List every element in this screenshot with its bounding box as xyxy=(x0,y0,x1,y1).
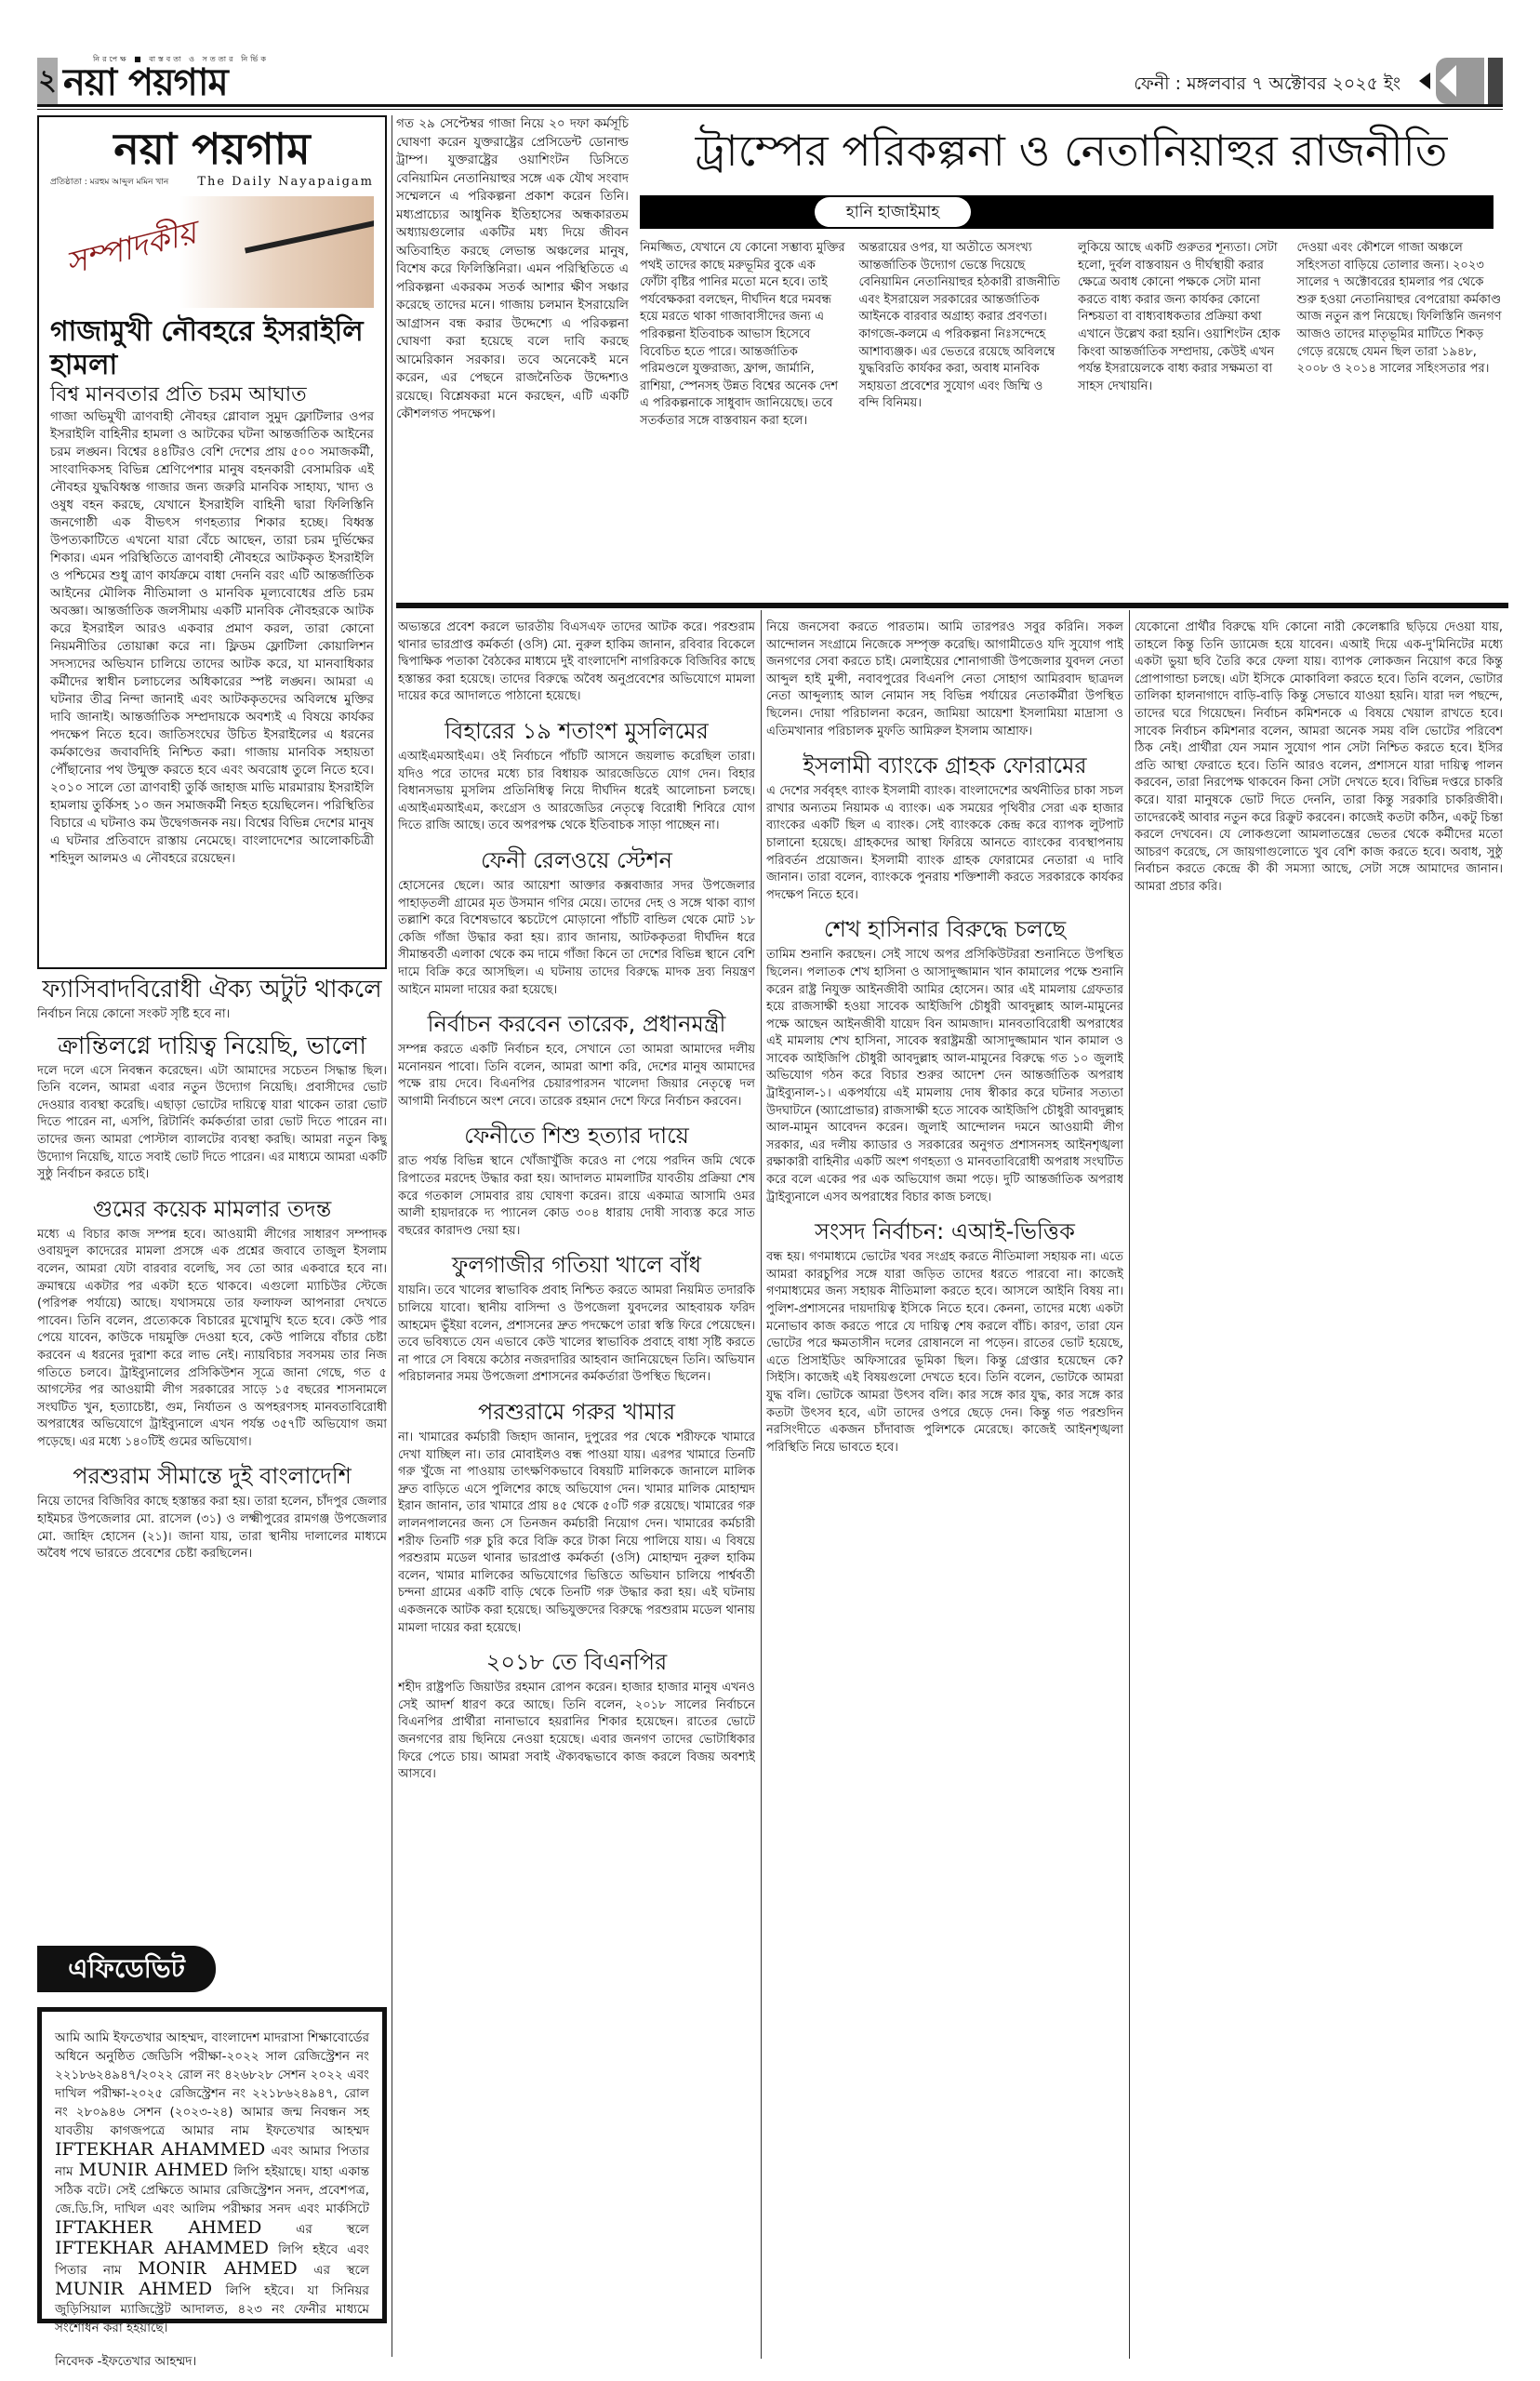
editorial-subtitle: বিশ্ব মানবতার প্রতি চরম আঘাত xyxy=(50,382,374,408)
editorial-logo: নয়া পয়গাম xyxy=(50,125,374,173)
middle-news-column: অভ্যন্তরে প্রবেশ করলে ভারতীয় বিএসএফ তাদ… xyxy=(398,619,755,2359)
news-body: যায়নি। তবে খালের স্বাভাবিক প্রবাহ নিশ্চ… xyxy=(398,1283,755,1387)
affidavit-heading: এফিডেভিট xyxy=(37,1946,216,1992)
english-name: The Daily Nayapaigam xyxy=(197,175,374,189)
affidavit-text: এর স্থলে xyxy=(296,2222,369,2237)
editorial-banner: সম্পাদকীয় xyxy=(60,209,203,293)
affidavit-father-name: MUNIR AHMED xyxy=(55,2279,212,2299)
feature-column: লুকিয়ে আছে একটি গুরুতর শূন্যতা। সেটা হল… xyxy=(1078,240,1284,593)
byline-bar: হানি হাজাইমাহ xyxy=(640,195,1494,229)
arrow-left-icon xyxy=(1419,73,1430,89)
right-news-column: নিয়ে জনসেবা করতে পারতাম। আমি তারপরও সবু… xyxy=(766,619,1123,2359)
news-headline: ইসলামী ব্যাংকে গ্রাহক ফোরামের xyxy=(766,750,1123,781)
affidavit-wrong-name: IFTAKHER AHMED xyxy=(55,2217,261,2238)
affidavit-text: এর স্থলে xyxy=(313,2263,369,2278)
affidavit-text: আমি আমি ইফতেখার আহম্মদ, বাংলাদেশ মাদরাসা… xyxy=(55,2030,369,2138)
masthead-rule xyxy=(37,104,1503,110)
editorial-body: গাজা অভিমুখী ত্রাণবাহী নৌবহর গ্লোবাল সুম… xyxy=(50,408,374,868)
news-body: তামিম শুনানি করছেন। সেই সাথে অপর প্রসিকি… xyxy=(766,947,1123,1206)
byline: হানি হাজাইমাহ xyxy=(815,197,971,227)
news-headline: পরশুরাম সীমান্তে দুই বাংলাদেশি xyxy=(37,1460,387,1492)
editorial-title: গাজামুখী নৌবহরে ইসরাইলি হামলা xyxy=(50,315,374,382)
news-headline: বিহারের ১৯ শতাংশ মুসলিমের xyxy=(398,715,755,747)
news-headline: ফেনীতে শিশু হত্যার দায়ে xyxy=(398,1120,755,1151)
page-tab-icon xyxy=(1419,58,1503,104)
news-body: দলে দলে এসে নিবন্ধন করেছেন। এটা আমাদের স… xyxy=(37,1063,387,1184)
affidavit-wrong-father: MONIR AHMED xyxy=(138,2258,298,2279)
news-headline: ফ্যাসিবাদবিরোধী ঐক্য অটুট থাকলে xyxy=(37,973,387,1006)
page-number: ২ xyxy=(37,58,58,104)
lead-article-column: গত ২৯ সেপ্টেম্বর গাজা নিয়ে ২০ দফা কর্মস… xyxy=(396,115,629,599)
news-headline: সংসদ নির্বাচন: এআই-ভিত্তিক xyxy=(766,1216,1123,1247)
editorial-banner-image: সম্পাদকীয় xyxy=(50,196,374,308)
news-headline: নির্বাচন করবেন তারেক, প্রধানমন্ত্রী xyxy=(398,1008,755,1040)
news-headline: ফেনী রেলওয়ে স্টেশন xyxy=(398,845,755,876)
news-headline: পরশুরামে গরুর খামার xyxy=(398,1396,755,1428)
news-body: নিয়ে জনসেবা করতে পারতাম। আমি তারপরও সবু… xyxy=(766,619,1123,740)
news-body: বন্ধ হয়। গণমাধ্যমে ভোটের খবর সংগ্রহ করত… xyxy=(766,1249,1123,1457)
news-headline: ক্রান্তিলগ্নে দায়িত্ব নিয়েছি, ভালো xyxy=(37,1030,387,1063)
newspaper-logo: নয়া পয়গাম xyxy=(63,58,228,104)
news-body: মধ্যে এ বিচার কাজ সম্পন্ন হবে। আওয়ামী ল… xyxy=(37,1227,387,1452)
news-body: রাত পর্যন্ত বিভিন্ন স্থানে খোঁজাখুঁজি কর… xyxy=(398,1153,755,1240)
pen-icon xyxy=(245,219,374,253)
news-body: এ দেশের সর্ববৃহৎ ব্যাংক ইসলামী ব্যাংক। ব… xyxy=(766,783,1123,904)
affidavit-signature: নিবেদক -ইফতেখার আহম্মদ। xyxy=(55,2352,369,2371)
feature-headline: ট্রাম্পের পরিকল্পনা ও নেতানিয়াহুর রাজনী… xyxy=(640,121,1503,180)
news-body: সম্পন্ন করতে একটি নির্বাচন হবে, সেখানে ত… xyxy=(398,1042,755,1111)
feature-columns: নিমজ্জিত, যেখানে যে কোনো সম্ভাব্য মুক্তি… xyxy=(640,240,1503,593)
news-body: না। খামারের কর্মচারী জিহাদ জানান, দুপুরে… xyxy=(398,1430,755,1637)
news-lead: নির্বাচন নিয়ে কোনো সংকট সৃষ্টি হবে না। xyxy=(37,1006,387,1024)
affidavit-name: IFTEKHAR AHAMMED xyxy=(55,2139,265,2160)
affidavit-box: আমি আমি ইফতেখার আহম্মদ, বাংলাদেশ মাদরাসা… xyxy=(37,2007,387,2323)
left-news-column: ফ্যাসিবাদবিরোধী ঐক্য অটুট থাকলে নির্বাচন… xyxy=(37,973,387,1940)
column-divider xyxy=(761,610,762,2359)
affidavit-father-name: MUNIR AHMED xyxy=(79,2160,229,2180)
column-divider xyxy=(1129,610,1130,2359)
dateline: ফেনী : মঙ্গলবার ৭ অক্টোবর ২০২৫ ইং xyxy=(1134,71,1401,100)
news-headline: ফুলগাজীর গতিয়া খালে বাঁধ xyxy=(398,1249,755,1281)
far-right-news-column: যেকোনো প্রার্থীর বিরুদ্ধে যদি কোনো নারী … xyxy=(1135,619,1503,2321)
feature-column: দেওয়া এবং কৌশলে গাজা অঞ্চলে সহিংসতা বাড… xyxy=(1297,240,1504,593)
feature-column: অন্তরায়ের ওপর, যা অতীতে অসংখ্য আন্তর্জা… xyxy=(859,240,1066,593)
column-divider xyxy=(392,115,392,2357)
news-headline: গুমের কয়েক মামলার তদন্ত xyxy=(37,1193,387,1225)
news-headline: ২০১৮ তে বিএনপির xyxy=(398,1646,755,1678)
news-body: শহীদ রাষ্ট্রপতি জিয়াউর রহমান রোপন করেন।… xyxy=(398,1680,755,1784)
news-body: অভ্যন্তরে প্রবেশ করলে ভারতীয় বিএসএফ তাদ… xyxy=(398,619,755,706)
feature-column: নিমজ্জিত, যেখানে যে কোনো সম্ভাব্য মুক্তি… xyxy=(640,240,846,593)
founder-line: প্রতিষ্ঠাতা : মরহুম আব্দুল মমিন খান xyxy=(50,175,168,189)
news-body: হোসেনের ছেলে। আর আয়েশা আক্তার কক্সবাজার… xyxy=(398,878,755,999)
news-body: এআইএমআইএম। ওই নির্বাচনে পাঁচটি আসনে জয়ল… xyxy=(398,749,755,835)
section-divider xyxy=(396,603,1508,608)
news-body: নিয়ে তাদের বিজিবির কাছে হস্তান্তর করা হ… xyxy=(37,1494,387,1563)
news-headline: শেখ হাসিনার বিরুদ্ধে চলছে xyxy=(766,913,1123,945)
affidavit-name: IFTEKHAR AHAMMED xyxy=(55,2238,269,2258)
editorial-box: নয়া পয়গাম প্রতিষ্ঠাতা : মরহুম আব্দুল ম… xyxy=(37,115,387,969)
